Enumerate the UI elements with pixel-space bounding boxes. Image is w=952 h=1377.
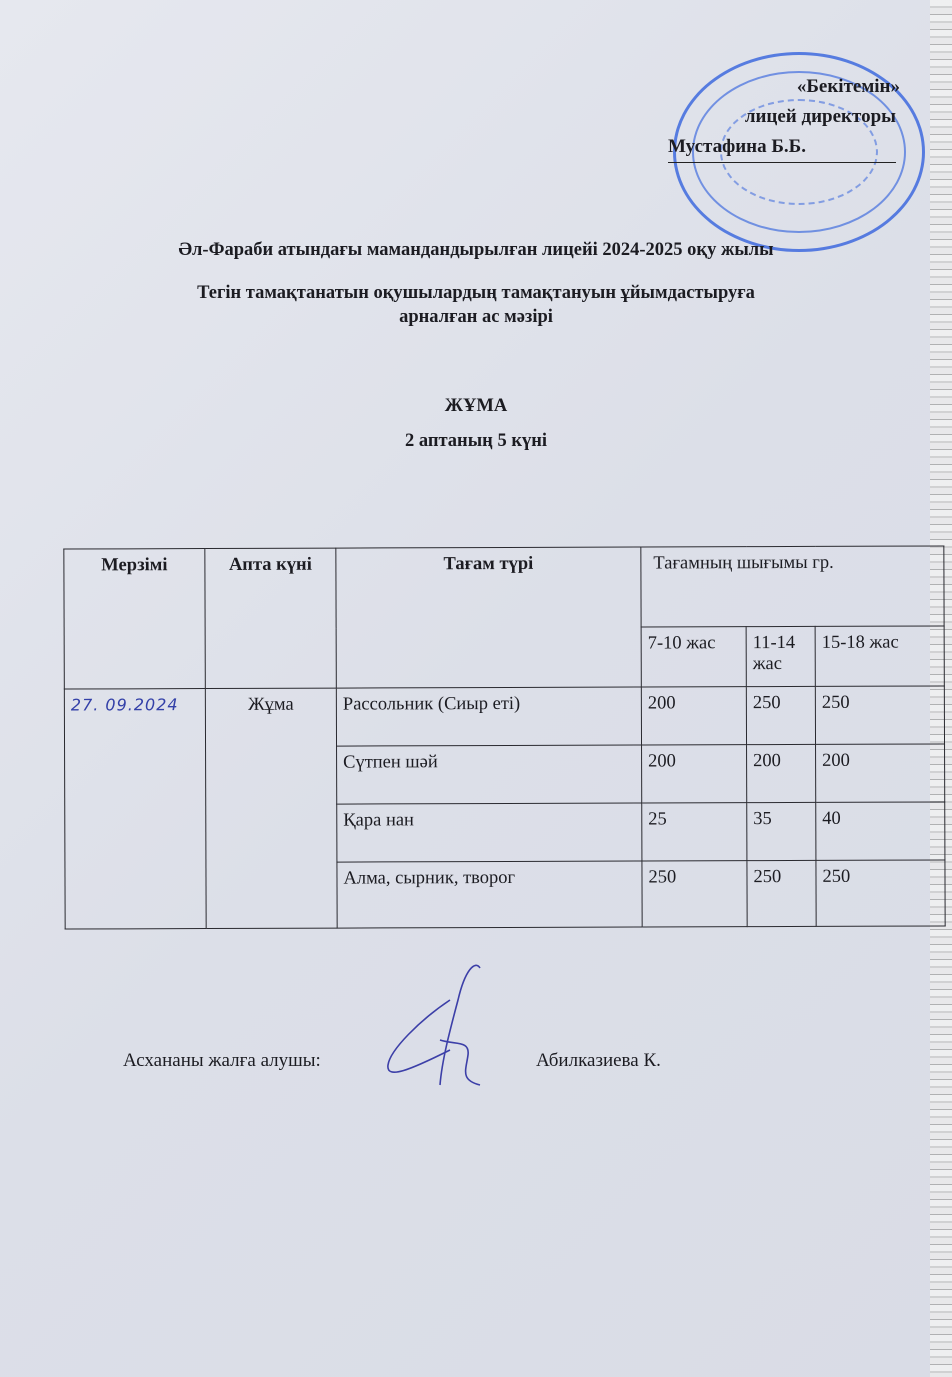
value-cell: 40 <box>816 802 945 860</box>
approval-block: «Бекітемін» лицей директоры Мустафина Б.… <box>668 72 896 163</box>
value-cell: 250 <box>746 686 815 744</box>
school-line: Әл-Фараби атындағы мамандандырылған лице… <box>0 240 952 261</box>
approval-director-name: Мустафина Б.Б. <box>668 132 896 163</box>
value-cell: 25 <box>642 803 747 861</box>
header-yield: Тағамның шығымы гр. <box>641 546 944 627</box>
dish-cell: Рассольник (Сиыр еті) <box>336 687 641 746</box>
value-cell: 200 <box>747 744 816 802</box>
header-age-7-10: 7-10 жас <box>641 627 746 687</box>
caterer-label: Асхананы жалға алушы: <box>123 1050 321 1072</box>
week-day: 2 аптаның 5 күні <box>0 431 952 452</box>
date-cell: 27. 09.2024 <box>64 689 206 929</box>
menu-title-line2: арналған ас мәзірі <box>0 307 952 328</box>
dish-cell: Қара нан <box>337 803 642 862</box>
signature-icon <box>380 960 520 1090</box>
value-cell: 200 <box>816 744 945 802</box>
value-cell: 200 <box>642 745 747 803</box>
value-cell: 35 <box>747 802 816 860</box>
header-dish: Тағам түрі <box>336 547 641 688</box>
day-name: ЖҰМА <box>0 396 952 417</box>
header-age-15-18: 15-18 жас <box>815 626 944 686</box>
dish-cell: Сүтпен шәй <box>337 745 642 804</box>
header-age-11-14: 11-14 жас <box>746 626 815 686</box>
value-cell: 250 <box>816 860 945 926</box>
caterer-name: Абилказиева К. <box>536 1050 661 1072</box>
header-weekday: Апта күні <box>205 548 336 688</box>
weekday-cell: Жұма <box>205 688 337 928</box>
value-cell: 200 <box>641 687 746 745</box>
table-row: 27. 09.2024 Жұма Рассольник (Сиыр еті) 2… <box>64 686 944 747</box>
menu-table: Мерзімі Апта күні Тағам түрі Тағамның шы… <box>63 545 945 929</box>
value-cell: 250 <box>747 860 816 926</box>
approval-title: «Бекітемін» <box>668 72 900 102</box>
header-date: Мерзімі <box>64 549 205 689</box>
value-cell: 250 <box>815 686 944 744</box>
dish-cell: Алма, сырник, творог <box>337 861 642 928</box>
approval-position: лицей директоры <box>668 102 896 132</box>
menu-title-line1: Тегін тамақтанатын оқушылардың тамақтану… <box>0 283 952 304</box>
value-cell: 250 <box>642 861 747 927</box>
